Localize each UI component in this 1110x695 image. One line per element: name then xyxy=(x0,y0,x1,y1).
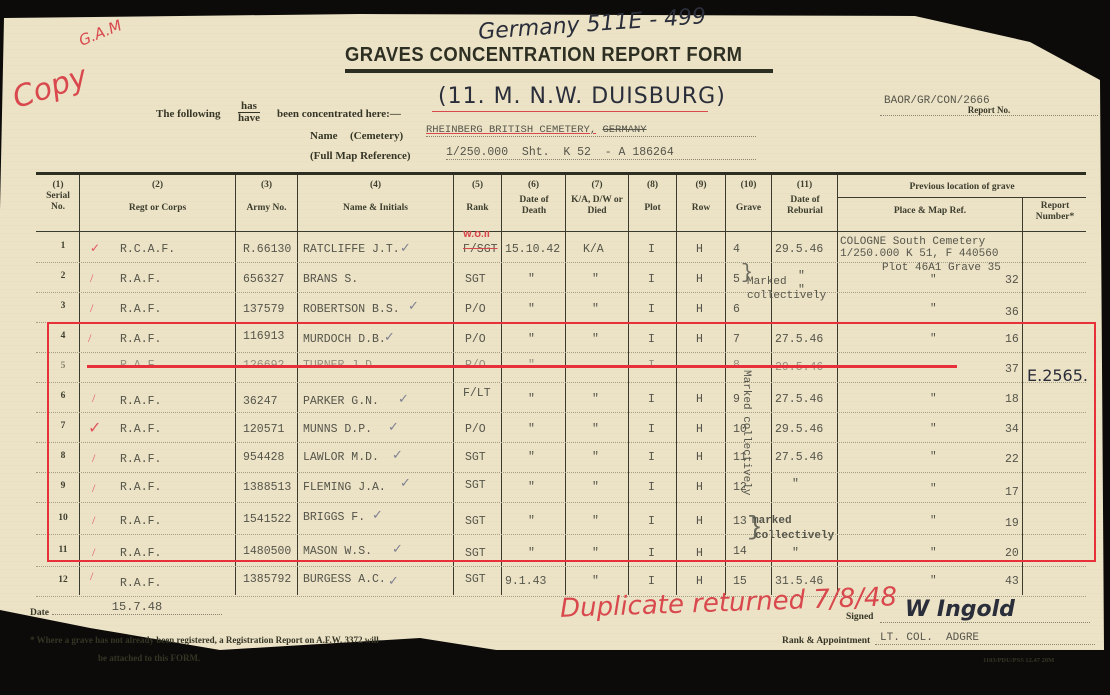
col-header-regt: (2)Regt or Corps xyxy=(80,180,235,214)
check-icon: ✓ xyxy=(408,298,419,314)
table-header-rule xyxy=(36,231,1086,232)
place-cell: Plot 46A1 Grave 35 xyxy=(882,262,1001,274)
serial-cell: 2 xyxy=(38,271,88,281)
col-header-report-number: Report Number* xyxy=(1024,201,1086,223)
date-death-cell: 9.1.43 xyxy=(505,575,546,588)
col-header-rank: (5)Rank xyxy=(454,180,501,214)
date-label: Date xyxy=(30,608,49,618)
row-divider xyxy=(36,292,1086,293)
reburial-cell: " xyxy=(798,270,805,283)
strike-through-line xyxy=(87,365,957,368)
col-header-row: (9)Row xyxy=(677,180,725,214)
row-cell: H xyxy=(696,303,703,316)
date-death-cell: " xyxy=(528,303,535,316)
rank-appointment-label: Rank & Appointment xyxy=(782,636,870,646)
cemetery-struck-text: GERMANY xyxy=(602,124,646,136)
plot-cell: I xyxy=(648,575,655,588)
report-cell: 32 xyxy=(1005,274,1019,287)
table-top-rule xyxy=(36,172,1086,175)
place-cell: " xyxy=(930,575,937,587)
red-tick-icon: ✓ xyxy=(90,241,100,256)
name-cell: RATCLIFFE J.T. xyxy=(303,243,400,256)
army-no-cell: 137579 xyxy=(243,303,284,316)
signature-line xyxy=(880,622,1090,623)
footnote-line-1: * Where a grave has not already been reg… xyxy=(30,635,379,645)
report-number-label: Report No. xyxy=(880,105,1098,116)
place-cell: COLOGNE South Cemetery xyxy=(840,236,985,248)
col-header-ka: (7)K/A, D/W or Died xyxy=(566,180,628,217)
rank-cell: F/SGT xyxy=(463,243,498,256)
army-no-cell: 656327 xyxy=(243,273,284,286)
footnote-line-2: be attached to this FORM. xyxy=(98,653,200,663)
ka-cell: " xyxy=(592,273,599,286)
row-cell: H xyxy=(696,575,703,588)
plot-cell: I xyxy=(648,243,655,256)
serial-cell: 1 xyxy=(38,241,88,251)
location-underline xyxy=(432,111,708,112)
form-code: 1103/PDU/PSS 12.47 20M xyxy=(983,657,1054,664)
collective-note: collectively xyxy=(747,290,826,302)
check-icon: ✓ xyxy=(400,240,411,256)
regt-cell: R.A.F. xyxy=(120,303,161,316)
serial-cell: 12 xyxy=(38,575,88,585)
regt-cell: R.A.F. xyxy=(120,273,161,286)
ka-cell: K/A xyxy=(583,243,604,256)
title-underline xyxy=(345,69,773,73)
map-ref-label: (Full Map Reference) xyxy=(310,150,411,162)
regt-cell: R.A.F. xyxy=(120,577,161,590)
rank-appointment-value: LT. COL. ADGRE xyxy=(875,632,1095,645)
name-label: Name xyxy=(310,130,338,142)
has-have-fraction: has have xyxy=(238,101,260,124)
report-cell: 36 xyxy=(1005,306,1019,319)
check-icon: ✓ xyxy=(388,573,399,589)
col-header-plot: (8)Plot xyxy=(629,180,676,214)
map-ref-value: 1/250.000 Sht. K 52 - A 186264 xyxy=(446,146,756,160)
red-tick-icon: / xyxy=(90,271,93,286)
grave-cell: 15 xyxy=(733,575,747,588)
name-cell: BRANS S. xyxy=(303,273,358,286)
place-cell: " xyxy=(930,303,937,315)
previous-location-subrule xyxy=(837,197,1086,198)
row-divider xyxy=(36,566,1086,567)
serial-cell: 3 xyxy=(38,301,88,311)
page-title: GRAVES CONCENTRATION REPORT FORM xyxy=(345,44,742,67)
map-ref-cell: 1/250.000 K 51, F 440560 xyxy=(840,248,998,260)
plot-cell: I xyxy=(648,273,655,286)
ka-cell: " xyxy=(592,303,599,316)
army-no-cell: R.66130 xyxy=(243,243,291,256)
plot-cell: I xyxy=(648,303,655,316)
col-header-army-no: (3)Army No. xyxy=(236,180,297,214)
row-cell: H xyxy=(696,243,703,256)
rank-correction: W.O.II xyxy=(463,230,490,239)
name-cell: BURGESS A.C. xyxy=(303,573,386,586)
cemetery-value: RHEINBERG BRITISH CEMETERY, xyxy=(426,124,596,136)
rank-cell: P/O xyxy=(465,303,486,316)
name-cell: ROBERTSON B.S. xyxy=(303,303,400,316)
grave-cell: 5 xyxy=(733,273,740,286)
army-no-cell: 1385792 xyxy=(243,573,291,586)
col-header-previous-location: Previous location of grave xyxy=(838,182,1086,193)
col-header-date-death: (6)Date of Death xyxy=(502,180,565,217)
cemetery-field: RHEINBERG BRITISH CEMETERY, GERMANY xyxy=(426,124,756,137)
rank-cell: SGT xyxy=(465,273,486,286)
place-ditto-cell: " xyxy=(930,274,937,286)
regt-cell: R.C.A.F. xyxy=(120,243,175,256)
have-label: have xyxy=(238,113,260,124)
date-value: 15.7.48 xyxy=(52,600,222,615)
date-death-cell: 15.10.42 xyxy=(505,243,560,256)
row-cell: H xyxy=(696,273,703,286)
date-death-cell: " xyxy=(528,273,535,286)
cemetery-label: (Cemetery) xyxy=(350,130,403,142)
col-header-name: (4)Name & Initials xyxy=(298,180,453,214)
location-handwritten: (11. M. N.W. DUISBURG) xyxy=(438,84,726,109)
reburial-cell: 29.5.46 xyxy=(775,243,823,256)
ka-cell: " xyxy=(592,575,599,588)
rank-cell: SGT xyxy=(465,573,486,586)
red-tick-icon: / xyxy=(90,569,93,584)
signed-label: Signed xyxy=(846,612,873,622)
grave-cell: 4 xyxy=(733,243,740,256)
signature: W Ingold xyxy=(905,597,1015,622)
concentrated-label: been concentrated here:— xyxy=(277,108,401,120)
col-header-serial: (1)Serial No. xyxy=(38,180,78,213)
col-header-grave: (10)Grave xyxy=(726,180,771,214)
red-tick-icon: / xyxy=(90,301,93,316)
col-header-place: Place & Map Ref. xyxy=(838,206,1022,217)
intro-label: The following xyxy=(156,108,220,120)
col-header-reburial: (11)Date of Reburial xyxy=(772,180,837,217)
grave-cell: 6 xyxy=(733,303,740,316)
collective-note: Marked xyxy=(747,276,787,288)
report-cell: 43 xyxy=(1005,575,1019,588)
highlight-box xyxy=(47,322,1096,562)
